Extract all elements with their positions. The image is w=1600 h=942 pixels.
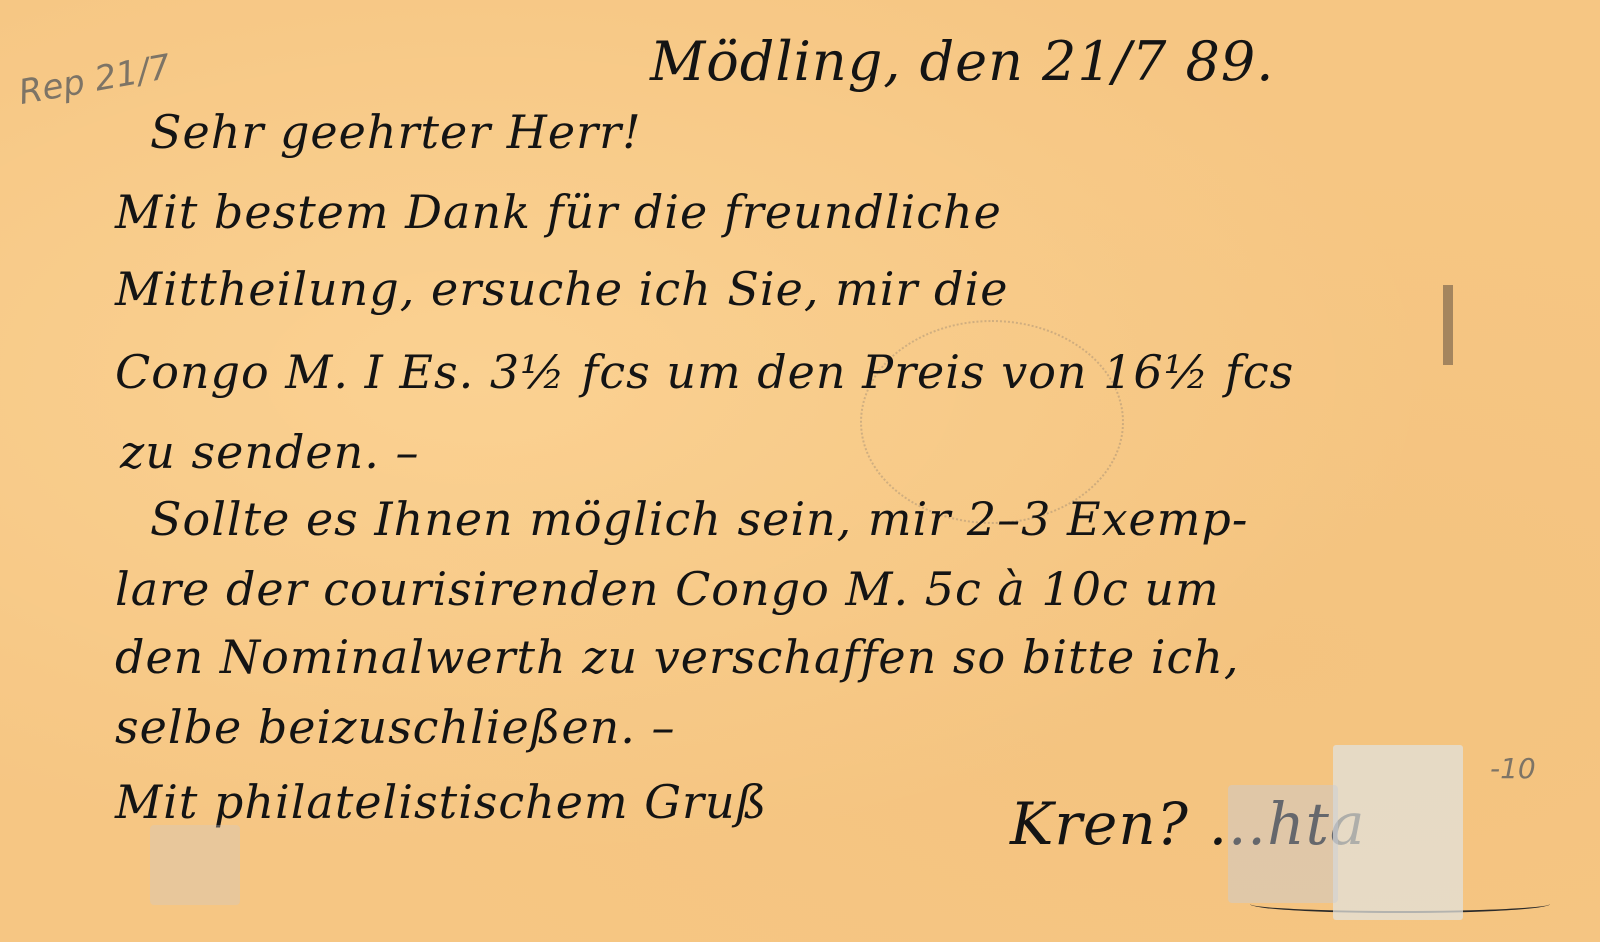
pencil-note-price: -10 (1490, 752, 1536, 785)
letter-line-1: Mit bestem Dank für die freundliche (115, 185, 1002, 239)
letter-line-5: Sollte es Ihnen möglich sein, mir 2–3 Ex… (150, 492, 1248, 546)
letter-line-4: zu senden. – (120, 425, 419, 479)
paper-smudge-left (150, 825, 240, 905)
letter-line-2: Mittheilung, ersuche ich Sie, mir die (115, 262, 1008, 316)
letter-line-7: den Nominalwerth zu verschaffen so bitte… (115, 630, 1240, 684)
letter-line-8: selbe beizuschließen. – (115, 700, 676, 754)
place-date: Mödling, den 21/7 89. (650, 30, 1274, 93)
letter-line-6: lare der courisirenden Congo M. 5c à 10c… (115, 562, 1220, 616)
tape-remnant-small (1228, 785, 1338, 903)
ink-mark (1443, 285, 1453, 365)
closing: Mit philatelistischem Gruß (115, 775, 767, 829)
tape-remnant-large (1333, 745, 1463, 920)
salutation: Sehr geehrter Herr! (150, 105, 642, 159)
letter-line-3: Congo M. I Es. 3½ fcs um den Preis von 1… (115, 345, 1294, 399)
